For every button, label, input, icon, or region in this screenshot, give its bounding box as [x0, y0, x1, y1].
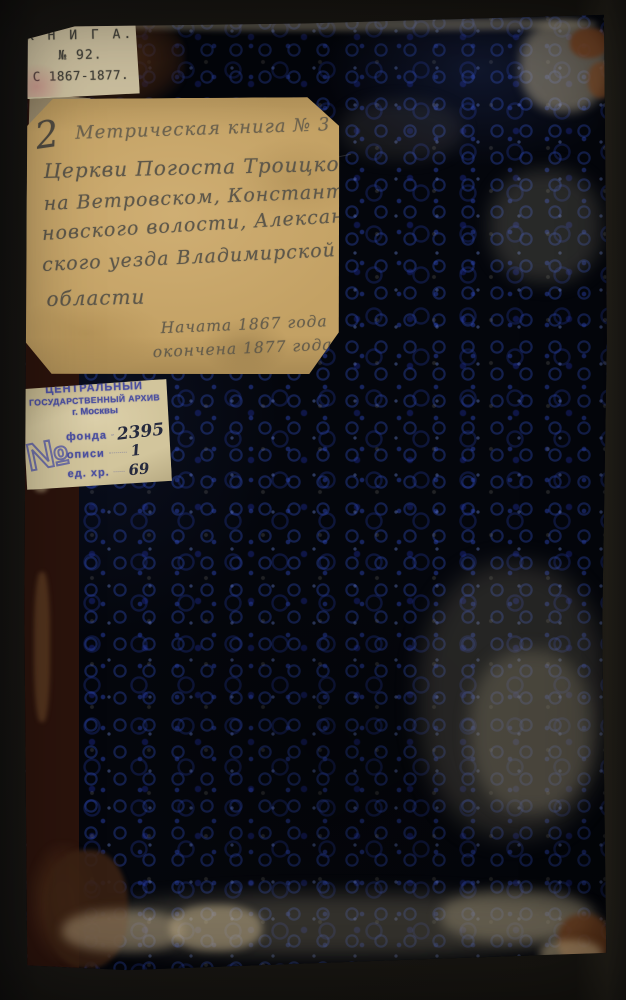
title-line-2: Церкви Погоста Троицкого	[43, 151, 364, 183]
spine-worn-streak-lower	[34, 572, 50, 722]
archive-rows: фонда 2395 описи 1 ед. хр. 69	[66, 421, 166, 482]
leather-spot-top-right-2	[588, 62, 614, 98]
archive-row-edhr: ед. хр. 69	[67, 459, 166, 482]
dotted-leader	[114, 471, 125, 472]
worn-patch-center-faint	[340, 100, 462, 160]
title-line-1: Метрическая книга № 3	[75, 114, 331, 143]
edhr-value-handwritten: 69	[128, 459, 151, 479]
title-line-5: ского уезда Владимирской	[42, 239, 337, 276]
edhr-label: ед. хр.	[67, 466, 110, 480]
kniga-word: К Н И Г А.	[21, 26, 138, 43]
worn-patch-bottom-left-tan	[62, 910, 184, 952]
kniga-years: С 1867-1877.	[22, 66, 139, 83]
kniga-number: № 92.	[22, 46, 139, 63]
title-line-6: области	[46, 285, 146, 311]
archive-stamp-label: ЦЕНТРАЛЬНЫЙ ГОСУДАРСТВЕННЫЙ АРХИВ г. Мос…	[20, 379, 172, 490]
handwritten-item-number: 2	[32, 112, 63, 158]
worn-patch-bottom-right-tan	[540, 940, 602, 968]
title-start-year: Начата 1867 года	[160, 312, 328, 337]
leather-spot-top-right-1	[570, 28, 608, 58]
opis-value-handwritten: 1	[129, 441, 141, 460]
archive-stamp-body: № фонда 2395 описи 1 ед. хр.	[22, 419, 173, 490]
opis-label: описи	[67, 448, 105, 462]
worn-patch-top-edge	[92, 17, 597, 31]
book-number-label: К Н И Г А. № 92. С 1867-1877.	[21, 11, 140, 99]
archive-row-fond: фонда 2395	[66, 421, 165, 444]
worn-patch-center-right-core	[470, 650, 592, 812]
scan-of-book-cover: { "labels": { "top_right": { "line1": "К…	[0, 0, 626, 1000]
fond-label: фонда	[66, 430, 107, 444]
title-label: 2 Метрическая книга № 3 Церкви Погоста Т…	[21, 97, 341, 376]
dotted-leader	[111, 434, 113, 435]
book-cover: К Н И Г А. № 92. С 1867-1877. 2 Метричес…	[22, 12, 608, 974]
dotted-leader	[109, 452, 127, 454]
worn-patch-right-upper	[490, 170, 602, 282]
title-end-year: окончена 1877 года.	[152, 335, 338, 361]
photo-backdrop: К Н И Г А. № 92. С 1867-1877. 2 Метричес…	[0, 0, 626, 1000]
